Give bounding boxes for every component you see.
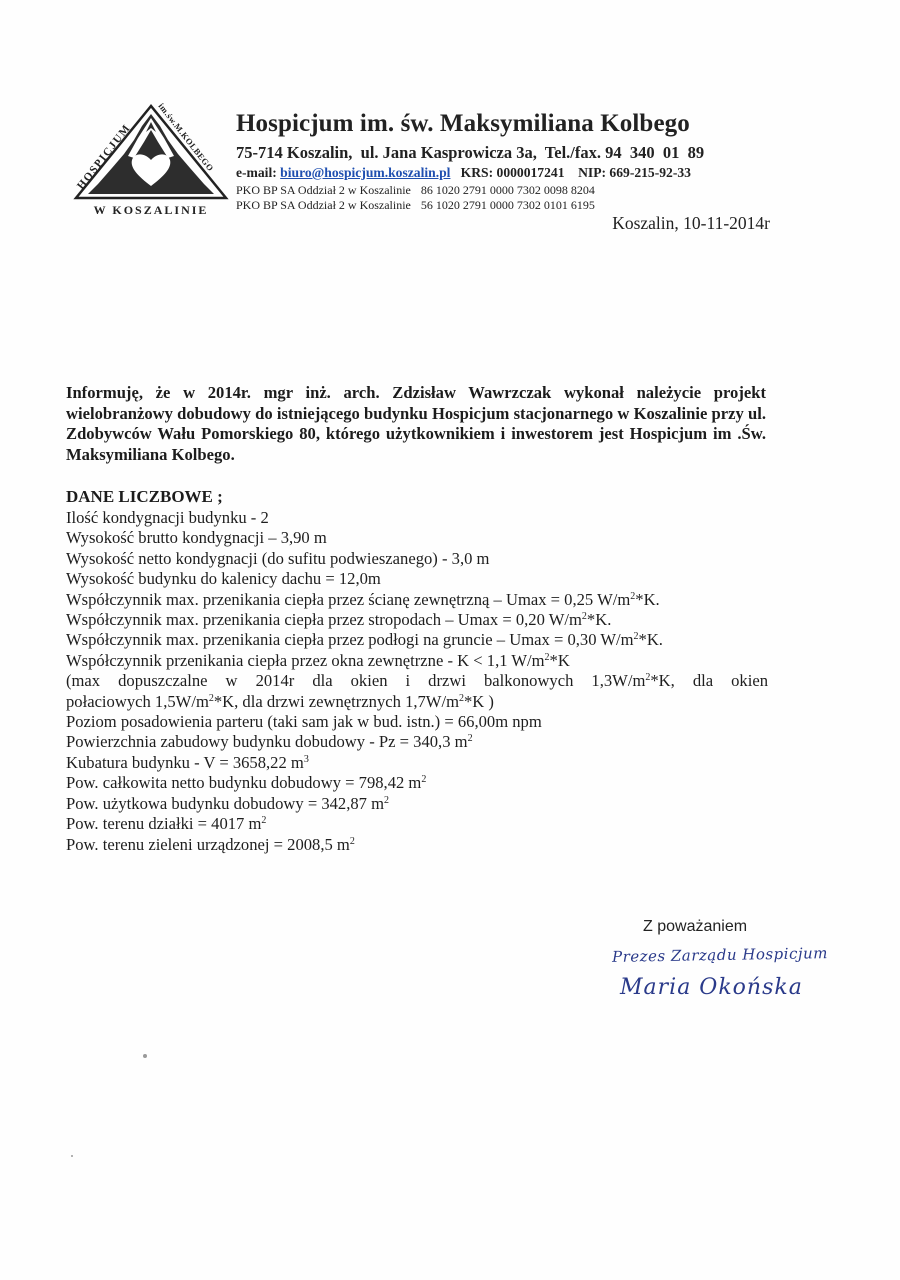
data-list-item: Ilość kondygnacji budynku - 2 <box>66 508 768 528</box>
data-list-item: Wysokość netto kondygnacji (do sufitu po… <box>66 549 768 569</box>
data-list: Ilość kondygnacji budynku - 2Wysokość br… <box>66 508 768 855</box>
organization-address: 75-714 Koszalin, ul. Jana Kasprowicza 3a… <box>236 143 704 163</box>
email-link[interactable]: biuro@hospicjum.koszalin.pl <box>280 165 450 180</box>
account-number: 86 1020 2791 0000 7302 0098 8204 <box>421 183 595 197</box>
intro-text: Informuję, że w 2014r. mgr inż. arch. Zd… <box>66 383 766 465</box>
bank-account-2: PKO BP SA Oddział 2 w Koszalinie56 1020 … <box>236 198 595 213</box>
letter-date: Koszalin, 10-11-2014r <box>612 213 770 234</box>
data-list-item: Powierzchnia zabudowy budynku dobudowy -… <box>66 732 768 752</box>
bank-name: PKO BP SA Oddział 2 w Koszalinie <box>236 183 411 197</box>
organization-name: Hospicjum im. św. Maksymiliana Kolbego <box>236 110 690 138</box>
letter-page: HOSPICJUM im.św.M.KOLBEGO W KOSZALINIE H… <box>0 0 900 1280</box>
hospice-logo: HOSPICJUM im.św.M.KOLBEGO W KOSZALINIE <box>68 98 234 218</box>
data-list-item: (max dopuszczalne w 2014r dla okien i dr… <box>66 671 768 691</box>
data-list-item: Wysokość brutto kondygnacji – 3,90 m <box>66 528 768 548</box>
data-list-item: Współczynnik max. przenikania ciepła prz… <box>66 590 768 610</box>
data-list-item: Kubatura budynku - V = 3658,22 m3 <box>66 753 768 773</box>
signature-title: Prezes Zarządu Hospicjum <box>612 944 828 966</box>
data-list-item: Poziom posadowienia parteru (taki sam ja… <box>66 712 768 732</box>
hospice-triangle-heart-logo-icon: HOSPICJUM im.św.M.KOLBEGO W KOSZALINIE <box>68 98 234 218</box>
email-label: e-mail: <box>236 165 280 180</box>
bank-name: PKO BP SA Oddział 2 w Koszalinie <box>236 198 411 212</box>
bank-account-1: PKO BP SA Oddział 2 w Koszalinie86 1020 … <box>236 183 595 198</box>
scan-speck <box>71 1155 73 1157</box>
closing-salutation: Z poważaniem <box>643 918 747 936</box>
registry-numbers: KRS: 0000017241 NIP: 669-215-92-33 <box>450 165 691 180</box>
data-list-item: Współczynnik przenikania ciepła przez ok… <box>66 651 768 671</box>
data-list-item: Pow. całkowita netto budynku dobudowy = … <box>66 773 768 793</box>
signature-name: Maria Okońska <box>620 975 803 1000</box>
data-section-heading: DANE LICZBOWE ; <box>66 487 223 507</box>
scan-speck <box>143 1054 147 1058</box>
data-list-item: Pow. użytkowa budynku dobudowy = 342,87 … <box>66 794 768 814</box>
intro-paragraph: Informuję, że w 2014r. mgr inż. arch. Zd… <box>66 383 766 465</box>
data-list-item: Współczynnik max. przenikania ciepła prz… <box>66 610 768 630</box>
contact-line: e-mail: biuro@hospicjum.koszalin.pl KRS:… <box>236 165 691 181</box>
data-list-item: połaciowych 1,5W/m2*K, dla drzwi zewnętr… <box>66 692 768 712</box>
logo-text-bottom: W KOSZALINIE <box>94 203 209 217</box>
data-list-item: Pow. terenu zieleni urządzonej = 2008,5 … <box>66 835 768 855</box>
data-list-item: Współczynnik max. przenikania ciepła prz… <box>66 630 768 650</box>
account-number: 56 1020 2791 0000 7302 0101 6195 <box>421 198 595 212</box>
data-list-item: Pow. terenu działki = 4017 m2 <box>66 814 768 834</box>
data-list-item: Wysokość budynku do kalenicy dachu = 12,… <box>66 569 768 589</box>
